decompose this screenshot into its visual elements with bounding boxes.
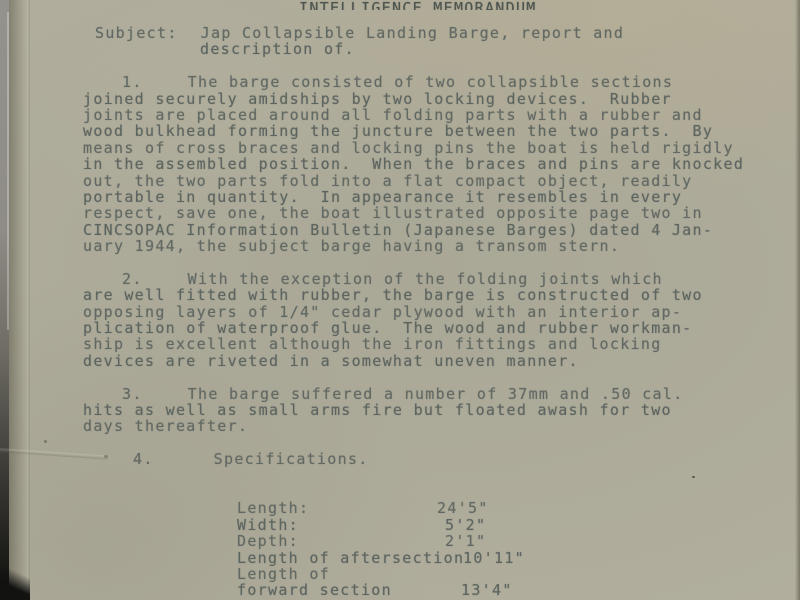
spec-label: forward section (237, 581, 392, 599)
paragraph-first-line: 2.With the exception of the folding join… (83, 271, 798, 287)
paragraph-first-line: 4.Specifications. (83, 451, 798, 467)
paper-speck (44, 440, 47, 443)
spec-value: 2'1" (445, 533, 486, 549)
paragraph-line: plication of waterproof glue. The wood a… (83, 320, 798, 336)
subject-block: Subject:Jap Collapsible Landing Barge, r… (83, 25, 798, 58)
spec-row: Length of (83, 566, 798, 582)
paragraph-2: 2.With the exception of the folding join… (83, 271, 798, 369)
paragraph-1: 1.The barge consisted of two collapsible… (83, 74, 798, 254)
paragraph-line: days thereafter. (83, 418, 798, 434)
spec-row: forward section13'4" (83, 582, 798, 598)
spec-label: Width: (237, 516, 299, 534)
spec-row: Depth:2'1" (83, 533, 798, 549)
paragraph-line: out, the two parts fold into a flat comp… (83, 173, 798, 189)
paragraph-line: Specifications. (214, 450, 369, 468)
spec-value: 24'5" (437, 500, 489, 516)
paragraph-number: 4. (133, 450, 154, 468)
paragraph-4: 4.Specifications. (83, 451, 798, 467)
document-body: Subject:Jap Collapsible Landing Barge, r… (83, 25, 798, 599)
paragraph-line: devices are riveted in a somewhat uneven… (83, 353, 798, 369)
paragraph-3: 3.The barge suffered a number of 37mm an… (83, 386, 798, 435)
vertical-crease (27, 0, 30, 600)
scan-edge-shadow (0, 0, 9, 600)
paragraph-line: joints are placed around all folding par… (83, 107, 798, 123)
spec-label: Depth: (237, 532, 299, 550)
paragraph-line: uary 1944, the subject barge having a tr… (83, 238, 798, 254)
bottom-left-corner-shadow (0, 548, 30, 600)
paragraph-line: in the assembled position. When the brac… (83, 156, 798, 172)
subject-text-line: description of. (83, 41, 798, 57)
paragraph-number: 2. (122, 270, 143, 288)
page-edge-shadow (9, 0, 26, 600)
paragraph-line: are well fitted with rubber, the barge i… (83, 287, 798, 303)
paragraph-line: respect, save one, the boat illustrated … (83, 205, 798, 221)
paragraph-line: ship is excellent although the iron fitt… (83, 336, 798, 352)
subject-text-line: Jap Collapsible Landing Barge, report an… (201, 24, 625, 42)
spec-label: Length: (237, 499, 309, 517)
paragraph-first-line: 1.The barge consisted of two collapsible… (83, 74, 798, 90)
paragraph-line: joined securely amidships by two locking… (83, 91, 798, 107)
paragraph-number: 1. (122, 73, 143, 91)
paragraphs: 1.The barge consisted of two collapsible… (83, 74, 798, 467)
paragraph-line: The barge suffered a number of 37mm and … (188, 385, 684, 403)
paragraph-line: The barge consisted of two collapsible s… (188, 73, 674, 91)
document-title-text: INTELLIGENCE MEMORANDUM (299, 1, 537, 10)
subject-line: Subject:Jap Collapsible Landing Barge, r… (83, 25, 798, 41)
specifications-table: Length:24'5"Width:5'2"Depth:2'1"Length o… (83, 500, 798, 598)
spec-row: Width:5'2" (83, 517, 798, 533)
spec-row: Length of aftersection10'11" (83, 550, 798, 566)
paragraph-line: opposing layers of 1/4" cedar plywood wi… (83, 304, 798, 320)
paragraph-line: hits as well as small arms fire but floa… (83, 402, 798, 418)
spec-label: Length of (237, 565, 330, 583)
spec-value: 5'2" (445, 517, 486, 533)
spec-label: Length of aftersection (237, 549, 464, 567)
paragraph-first-line: 3.The barge suffered a number of 37mm an… (83, 386, 798, 402)
paragraph-line: means of cross braces and locking pins t… (83, 140, 798, 156)
paragraph-line: wood bulkhead forming the juncture betwe… (83, 123, 798, 139)
document-title: INTELLIGENCE MEMORANDUM (299, 0, 537, 10)
spec-row: Length:24'5" (83, 500, 798, 516)
paragraph-number: 3. (122, 385, 143, 403)
paragraph-line: CINCSOPAC Information Bulletin (Japanese… (83, 222, 798, 238)
spec-value: 10'11" (463, 550, 525, 566)
spec-value: 13'4" (461, 582, 513, 598)
paragraph-line: With the exception of the folding joints… (188, 270, 663, 288)
subject-label: Subject: (95, 24, 178, 42)
scanned-document-page: INTELLIGENCE MEMORANDUM Subject:Jap Coll… (0, 0, 800, 600)
paragraph-line: portable in quantity. In appearance it r… (83, 189, 798, 205)
